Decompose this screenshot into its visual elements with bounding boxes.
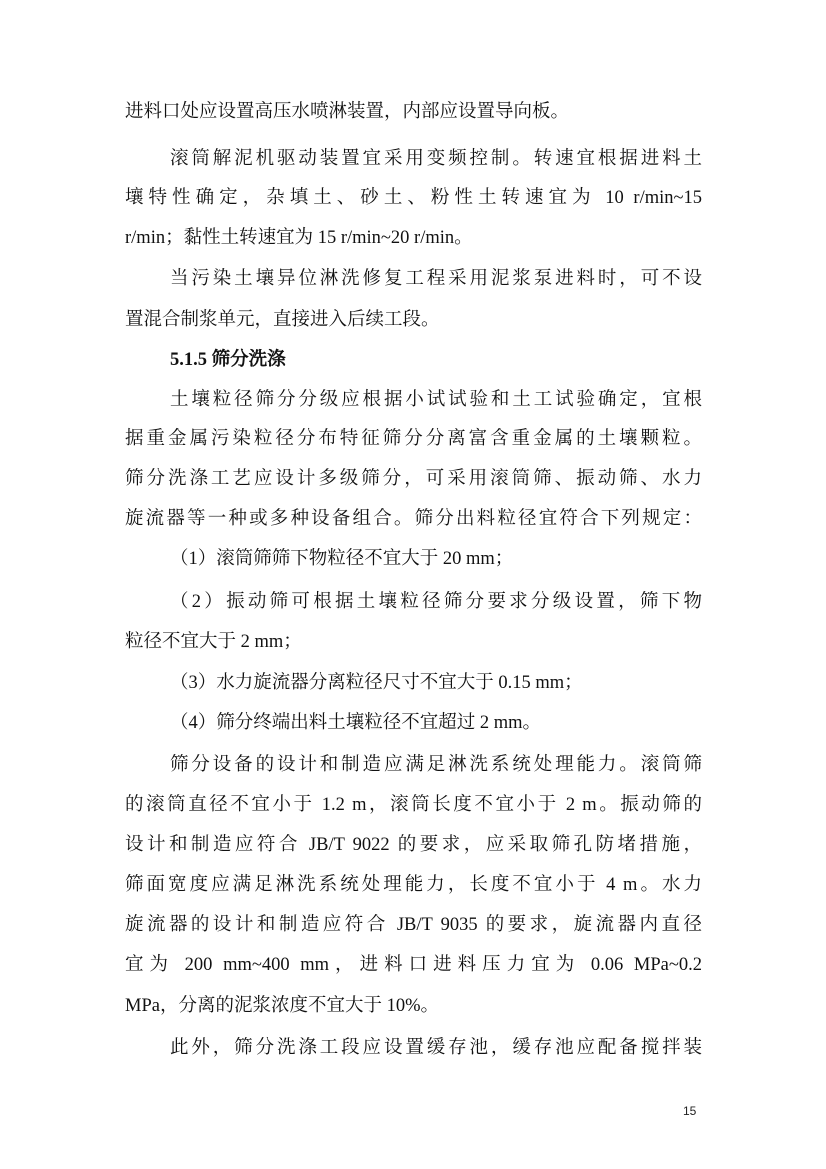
text-line: 旋流器等一种或多种设备组合。筛分出料粒径宜符合下列规定：: [125, 507, 702, 531]
text-line: 筛分洗涤工艺应设计多级筛分，可采用滚筒筛、振动筛、水力: [125, 467, 702, 491]
text-line: 土壤粒径筛分分级应根据小试试验和土工试验确定，宜根: [170, 388, 702, 412]
text-line: 筛面宽度应满足淋洗系统处理能力，长度不宜小于 4 m。水力: [125, 873, 702, 897]
text-line: 当污染土壤异位淋洗修复工程采用泥浆泵进料时，可不设: [170, 267, 702, 291]
text-line: 旋流器的设计和制造应符合 JB/T 9035 的要求，旋流器内直径: [125, 913, 702, 937]
text-line: 壤特性确定，杂填土、砂土、粉性土转速宜为 10 r/min~15: [125, 186, 702, 210]
section-heading: 5.1.5 筛分洗涤: [170, 348, 702, 372]
text-line: r/min；黏性土转速宜为 15 r/min~20 r/min。: [125, 226, 702, 250]
text-line: 粒径不宜大于 2 mm；: [125, 630, 702, 654]
page-number: 15: [683, 1104, 696, 1118]
text-line: （3）水力旋流器分离粒径尺寸不宜大于 0.15 mm；: [170, 671, 702, 695]
text-line: 此外，筛分洗涤工段应设置缓存池，缓存池应配备搅拌装: [170, 1036, 702, 1060]
text-line: 设计和制造应符合 JB/T 9022 的要求，应采取筛孔防堵措施，: [125, 833, 702, 857]
text-line: 据重金属污染粒径分布特征筛分分离富含重金属的土壤颗粒。: [125, 427, 702, 451]
text-line: 置混合制浆单元，直接进入后续工段。: [125, 308, 702, 332]
text-line: 宜为 200 mm~400 mm，进料口进料压力宜为 0.06 MPa~0.2: [125, 953, 702, 977]
text-line: （4）筛分终端出料土壤粒径不宜超过 2 mm。: [170, 711, 702, 735]
text-line: 滚筒解泥机驱动装置宜采用变频控制。转速宜根据进料土: [170, 147, 702, 171]
text-line: 筛分设备的设计和制造应满足淋洗系统处理能力。滚筒筛: [170, 753, 702, 777]
text-line: MPa，分离的泥浆浓度不宜大于 10%。: [125, 994, 702, 1018]
text-line: （1）滚筒筛筛下物粒径不宜大于 20 mm；: [170, 547, 702, 571]
text-line: （2）振动筛可根据土壤粒径筛分要求分级设置，筛下物: [170, 590, 702, 614]
text-line: 进料口处应设置高压水喷淋装置，内部应设置导向板。: [125, 100, 702, 124]
document-page: 进料口处应设置高压水喷淋装置，内部应设置导向板。滚筒解泥机驱动装置宜采用变频控制…: [0, 0, 826, 1169]
text-line: 的滚筒直径不宜小于 1.2 m，滚筒长度不宜小于 2 m。振动筛的: [125, 793, 702, 817]
